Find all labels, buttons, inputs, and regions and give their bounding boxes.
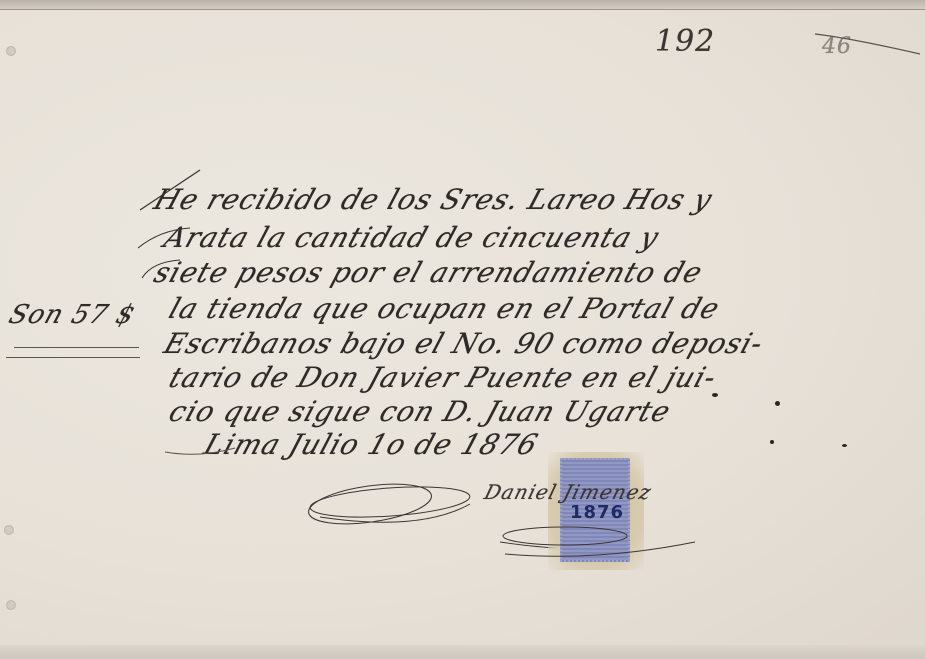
body-line-7: cio que sigue con D. Juan Ugarte [165,395,675,428]
paper-top-edge [0,0,925,10]
capital-flourish [130,150,220,300]
margin-rule [6,357,140,358]
ink-blot [775,401,780,406]
folio-number: 192 [655,24,715,59]
ink-blot [712,393,718,397]
body-line-2: Arata la cantidad de cincuenta y [160,221,664,254]
margin-rule [14,347,139,348]
binding-hole [4,525,14,535]
ink-blot [770,440,774,444]
margin-amount: Son 57 $ [5,300,139,330]
signature-underline-flourish [495,518,715,568]
body-line-3: siete pesos por el arrendamiento de [150,256,707,289]
signature: Daniel Jimenez [482,480,655,504]
body-line-6: tario de Don Javier Puente en el jui- [165,361,721,394]
lima-underline-flourish [160,430,240,460]
binding-hole [6,600,16,610]
folio-underline-flourish [810,28,925,58]
body-line-1: He recibido de los Sres. Lareo Hos y [150,183,717,216]
body-line-4: la tienda que ocupan en el Portal de [165,292,724,325]
place-date-line: Lima Julio 1o de 1876 [200,428,543,461]
body-line-5: Escribanos bajo el No. 90 como deposi- [160,327,768,360]
paper-bottom-edge [0,645,925,659]
binding-hole [6,46,16,56]
ink-blot [842,444,847,447]
receipt-page: 192 46 Son 57 $ He recibido de los Sres.… [0,0,925,659]
